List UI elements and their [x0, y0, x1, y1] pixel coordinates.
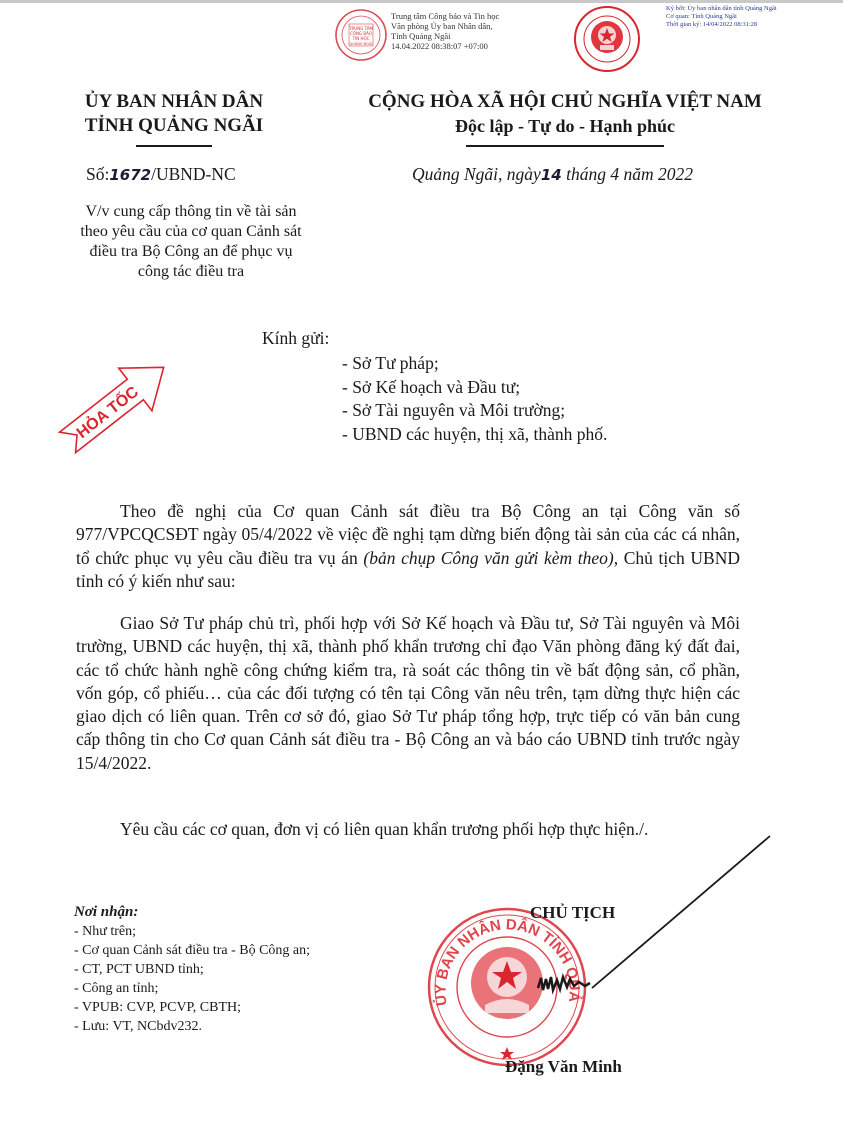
national-motto: Độc lập - Tự do - Hạnh phúc — [330, 114, 800, 138]
recipients-block: Nơi nhận: - Như trên; - Cơ quan Cảnh sát… — [74, 903, 324, 1036]
body-paragraph-1: Theo đề nghị của Cơ quan Cảnh sát điều t… — [76, 500, 740, 593]
signer-title: CHỦ TỊCH — [530, 903, 615, 923]
p2-text: Giao Sở Tư pháp chủ trì, phối hợp với Sở… — [76, 612, 740, 775]
addressee-label: Kính gửi: — [262, 328, 329, 349]
provincial-emblem-seal-icon — [573, 5, 641, 73]
sig-line: Tỉnh Quảng Ngãi — [391, 31, 499, 41]
svg-text:HỎA TỐC: HỎA TỐC — [72, 381, 142, 442]
digital-signature-info-block: Ký bởi: Ủy ban nhân dân tỉnh Quảng Ngãi … — [666, 5, 777, 29]
urgent-stamp-icon: HỎA TỐC — [48, 338, 188, 468]
body-paragraph-3: Yêu cầu các cơ quan, đơn vị có liên quan… — [76, 818, 740, 841]
svg-text:TIN HỌC: TIN HỌC — [352, 36, 370, 41]
document-subject: V/v cung cấp thông tin về tài sản theo y… — [78, 202, 304, 282]
recipients-title: Nơi nhận: — [74, 903, 324, 922]
svg-text:QUẢNG NGÃI: QUẢNG NGÃI — [350, 41, 373, 46]
sig-timestamp: 14.04.2022 08:38:07 +07:00 — [391, 41, 499, 51]
sig-line: Trung tâm Công báo và Tin học — [391, 11, 499, 21]
agency-line-1: ỦY BAN NHÂN DÂN — [58, 90, 290, 114]
recipient-item: - Như trên; — [74, 922, 324, 941]
addressee-item: - Sở Kế hoạch và Đầu tư; — [342, 376, 607, 400]
recipient-item: - Lưu: VT, NCbdv232. — [74, 1017, 324, 1036]
document-number: Số:1672/UBND-NC — [86, 164, 236, 185]
official-seal-icon: ỦY BAN NHÂN DÂN TỈNH QUẢNG NGÃI — [425, 905, 590, 1070]
number-prefix: Số: — [86, 164, 109, 184]
handwritten-number: 1672 — [109, 166, 151, 184]
date-place: Quảng Ngãi, ngày — [412, 164, 541, 184]
sig-line: Văn phòng Ủy ban Nhân dân, — [391, 21, 499, 31]
nation-title: CỘNG HÒA XÃ HỘI CHỦ NGHĨA VIỆT NAM — [330, 90, 800, 114]
page-top-edge — [0, 0, 843, 3]
recipient-item: - Công an tỉnh; — [74, 979, 324, 998]
issuing-agency: ỦY BAN NHÂN DÂN TỈNH QUẢNG NGÃI — [58, 90, 290, 138]
addressee-item: - UBND các huyện, thị xã, thành phố. — [342, 423, 607, 447]
number-suffix: /UBND-NC — [151, 164, 236, 184]
recipient-item: - VPUB: CVP, PCVP, CBTH; — [74, 998, 324, 1017]
signing-time: Thời gian ký: 14/04/2022 08:31:28 — [666, 21, 777, 29]
p3-text: Yêu cầu các cơ quan, đơn vị có liên quan… — [76, 818, 740, 841]
addressee-list: - Sở Tư pháp; - Sở Kế hoạch và Đầu tư; -… — [342, 352, 607, 446]
addressee-item: - Sở Tư pháp; — [342, 352, 607, 376]
digital-signature-center-block: Trung tâm Công báo và Tin học Văn phòng … — [391, 11, 499, 51]
p1-italic-note: (bản chụp Công văn gửi kèm theo), — [363, 548, 618, 568]
recipient-item: - CT, PCT UBND tỉnh; — [74, 960, 324, 979]
body-paragraph-2: Giao Sở Tư pháp chủ trì, phối hợp với Sở… — [76, 612, 740, 775]
agency-underline — [136, 145, 212, 147]
digital-signature-seal-icon: TRUNG TÂM CÔNG BÁO TIN HỌC QUẢNG NGÃI — [334, 8, 388, 62]
addressee-item: - Sở Tài nguyên và Môi trường; — [342, 399, 607, 423]
recipient-item: - Cơ quan Cảnh sát điều tra - Bộ Công an… — [74, 941, 324, 960]
signer-name: Đặng Văn Minh — [505, 1057, 622, 1077]
agency-line-2: TỈNH QUẢNG NGÃI — [58, 114, 290, 138]
signed-by: Ký bởi: Ủy ban nhân dân tỉnh Quảng Ngãi — [666, 5, 777, 13]
national-header: CỘNG HÒA XÃ HỘI CHỦ NGHĨA VIỆT NAM Độc l… — [330, 90, 800, 138]
handwritten-day: 14 — [541, 166, 562, 184]
date-month-year: tháng 4 năm 2022 — [562, 164, 693, 184]
signing-agency: Cơ quan: Tỉnh Quảng Ngãi — [666, 13, 777, 21]
motto-underline — [466, 145, 664, 147]
date-line: Quảng Ngãi, ngày14 tháng 4 năm 2022 — [412, 164, 693, 185]
